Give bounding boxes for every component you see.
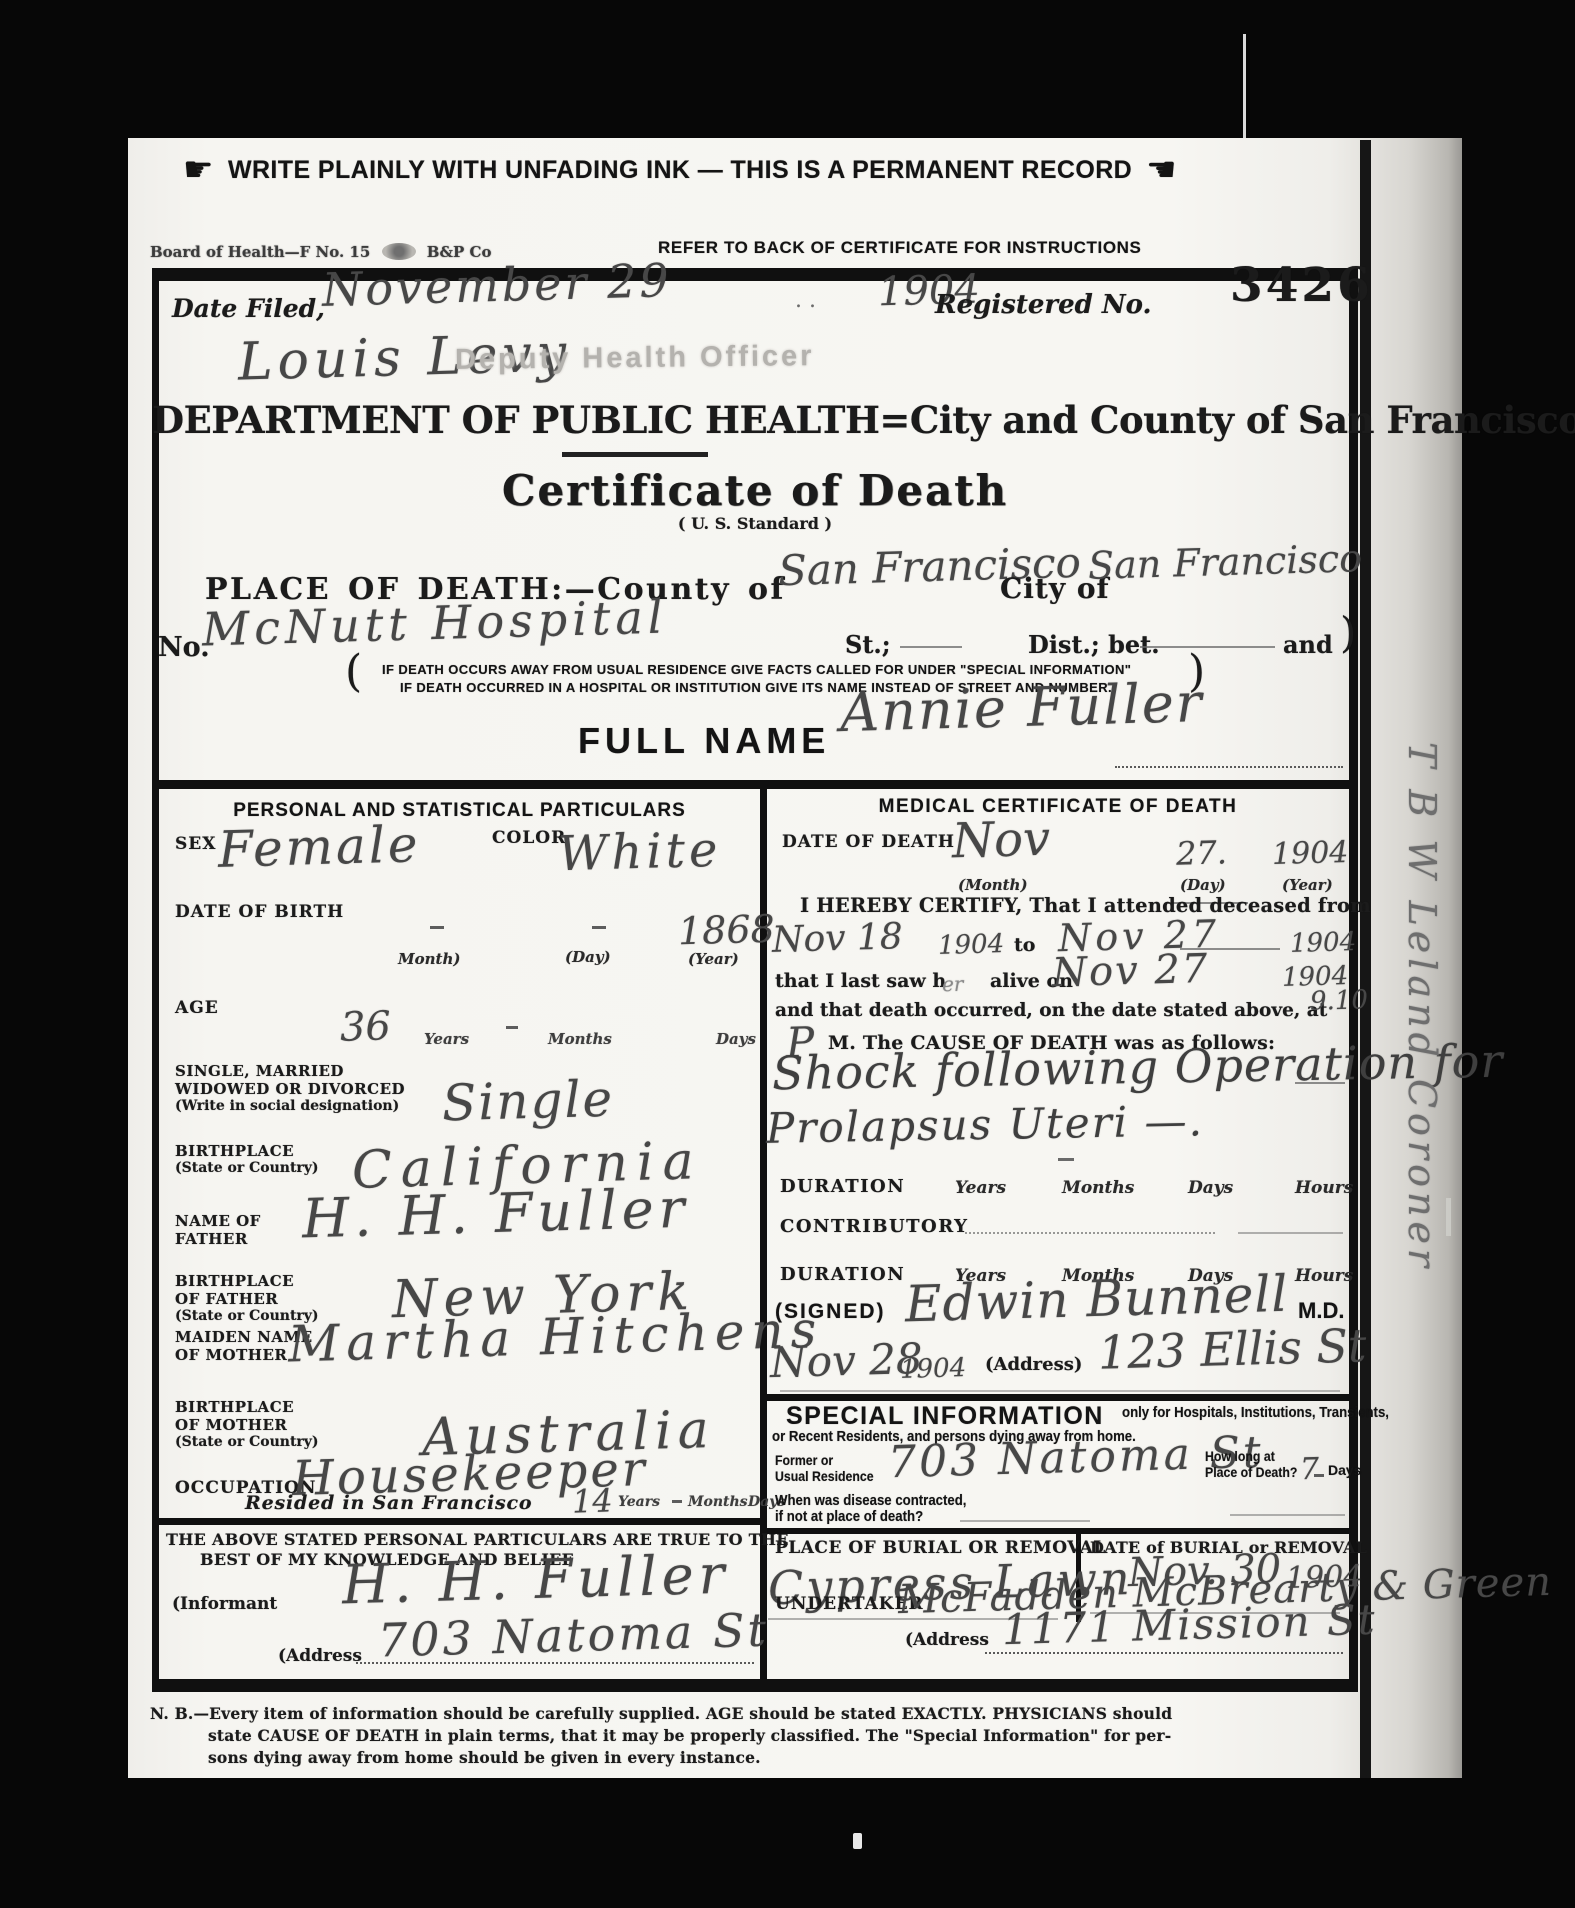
blank-dash <box>1314 1474 1324 1477</box>
sex-label: SEX <box>175 834 216 854</box>
st-label: St.; <box>845 630 891 659</box>
mother-label-l2: OF MOTHER <box>175 1346 287 1364</box>
attended-to-year: 1904 <box>1290 927 1357 959</box>
note-paren-open: ( <box>345 646 362 697</box>
last-saw-er: er <box>942 972 964 997</box>
blank-line <box>780 1390 1340 1392</box>
age-label: AGE <box>175 998 219 1018</box>
informant-address-value: 703 Natoma St <box>377 1603 769 1668</box>
certify-line: I HEREBY CERTIFY, That I attended deceas… <box>800 894 1371 917</box>
color-label: COLOR <box>492 828 566 848</box>
dob-year-label: (Year) <box>688 950 739 968</box>
duration2-label: DURATION <box>780 1264 905 1285</box>
scan-speck <box>853 1833 862 1849</box>
howlong-value: 7 <box>1300 1452 1320 1488</box>
special-info-title: SPECIAL INFORMATION <box>786 1402 1104 1431</box>
blank-dash <box>1058 1158 1074 1161</box>
signed-label: (SIGNED) <box>775 1300 886 1324</box>
city-value: San Francisco <box>1087 536 1362 588</box>
blank-dash <box>592 926 606 929</box>
pointing-hand-left-icon: ☚ <box>1146 150 1177 190</box>
blank-line <box>1230 1514 1345 1516</box>
informant-label: (Informant <box>172 1594 277 1614</box>
blank-line <box>985 1652 1343 1654</box>
mother-bp-label-l2: OF MOTHER <box>175 1416 287 1434</box>
blank-line <box>965 1232 1215 1234</box>
full-name-value: Annie Fuller <box>839 671 1204 744</box>
registered-no-label: Registered No. <box>935 290 1152 320</box>
margin-note-wrap: T B W Leland Coroner <box>1370 738 1462 1178</box>
former-residence-label-l1: Former or <box>775 1452 833 1468</box>
scanned-document: ☛ WRITE PLAINLY WITH UNFADING INK — THIS… <box>0 0 1575 1908</box>
dob-label: DATE OF BIRTH <box>175 902 344 922</box>
howlong-label-l2: Place of Death? <box>1205 1464 1297 1480</box>
duration-years: Years <box>955 1178 1006 1198</box>
color-value: White <box>557 822 722 883</box>
dod-year-value: 1904 <box>1272 835 1349 872</box>
resided-years-label: Years <box>618 1494 660 1510</box>
registered-number: 3426 <box>1230 258 1373 313</box>
dod-year-label: (Year) <box>1282 876 1333 894</box>
closing-paren: ) <box>1340 608 1356 657</box>
special-info-subtitle1: only for Hospitals, Institutions, Transi… <box>1122 1404 1389 1421</box>
standard-note: ( U. S. Standard ) <box>152 514 1358 533</box>
blank-dash <box>506 1026 518 1029</box>
and-label: and <box>1283 630 1333 659</box>
to-label: to <box>1014 934 1035 956</box>
last-saw-pre: that I last saw h <box>775 970 946 992</box>
date-filed-value: November 29 <box>321 253 672 317</box>
duration-label: DURATION <box>780 1176 905 1197</box>
blank-line <box>1140 646 1275 648</box>
pointing-hand-right-icon: ☛ <box>183 150 214 190</box>
blank-dash <box>430 926 444 929</box>
clerk-title-stamp: Deputy Health Officer <box>455 340 815 377</box>
date-filed-label: Date Filed, <box>172 294 325 323</box>
age-years-label: Years <box>424 1030 469 1048</box>
refer-note: REFER TO BACK OF CERTIFICATE FOR INSTRUC… <box>658 238 1141 258</box>
dist-label: Dist.; bet. <box>1028 630 1160 659</box>
section-divider <box>159 780 1349 789</box>
full-name-label: FULL NAME <box>578 720 830 762</box>
age-days-label: Days <box>716 1030 756 1048</box>
undertaker-address-value: 1171 Mission St <box>1001 1595 1377 1654</box>
date-of-death-label: DATE OF DEATH <box>782 832 955 852</box>
attended-from-date: Nov 18 <box>771 916 903 961</box>
death-occurred-line: and that death occurred, on the date sta… <box>775 1000 1327 1021</box>
dod-day-label: (Day) <box>1180 876 1226 894</box>
blank-line <box>1115 766 1343 768</box>
signed-address-label: (Address) <box>985 1354 1082 1375</box>
howlong-days-label: Days <box>1328 1462 1361 1478</box>
attest-divider <box>159 1518 760 1525</box>
resided-value: 14 <box>571 1481 613 1520</box>
department-title: DEPARTMENT OF PUBLIC HEALTH=City and Cou… <box>152 398 1358 442</box>
nb-note-line3: sons dying away from home should be give… <box>208 1748 761 1767</box>
dod-day-value: 27. <box>1175 833 1227 872</box>
father-bp-label-l2: OF FATHER <box>175 1290 278 1308</box>
marital-value: Single <box>441 1070 615 1133</box>
dod-month-value: Nov <box>951 811 1051 870</box>
father-label-l2: FATHER <box>175 1230 248 1248</box>
blank-dash <box>672 1500 682 1503</box>
nb-note-line2: state CAUSE OF DEATH in plain terms, tha… <box>208 1726 1171 1745</box>
certificate-title: Certificate of Death <box>152 466 1358 515</box>
personal-section-title: PERSONAL AND STATISTICAL PARTICULARS <box>159 800 760 822</box>
age-months-label: Months <box>548 1030 612 1048</box>
birthplace-label-l1: BIRTHPLACE <box>175 1142 294 1160</box>
father-bp-label-l1: BIRTHPLACE <box>175 1272 294 1290</box>
dob-day-label: (Day) <box>565 948 611 966</box>
father-label-l1: NAME OF <box>175 1212 261 1230</box>
board-note-text: Board of Health—F No. 15 <box>150 243 370 261</box>
dob-year-value: 1868 <box>677 907 775 954</box>
blank-line <box>960 1520 1090 1522</box>
board-of-health-note: Board of Health—F No. 15 B&P Co <box>150 243 491 261</box>
marital-label-l2: WIDOWED OR DIVORCED <box>175 1080 405 1098</box>
dod-month-label: (Month) <box>958 876 1028 894</box>
residence-note-line1: IF DEATH OCCURS AWAY FROM USUAL RESIDENC… <box>382 662 1131 677</box>
marital-label-l1: SINGLE, MARRIED <box>175 1062 344 1080</box>
signed-address-value: 123 Ellis St <box>1097 1318 1367 1379</box>
duration-hours: Hours <box>1295 1178 1353 1198</box>
nb-note-line1: N. B.—Every item of information should b… <box>150 1704 1172 1723</box>
former-residence-label-l2: Usual Residence <box>775 1468 874 1484</box>
blank-line <box>900 646 962 648</box>
duration2-hours: Hours <box>1295 1266 1353 1286</box>
informant-address-label: (Address <box>278 1646 362 1666</box>
dob-month-label: Month) <box>398 950 460 968</box>
father-value: H. H. Fuller <box>301 1177 690 1251</box>
scan-speck <box>1446 1198 1451 1236</box>
duration-months: Months <box>1062 1178 1134 1198</box>
banner: ☛ WRITE PLAINLY WITH UNFADING INK — THIS… <box>183 150 1177 190</box>
resided-label: Resided in San Francisco <box>245 1492 532 1514</box>
scan-scratch <box>1243 34 1246 138</box>
age-value: 36 <box>339 1003 391 1050</box>
medical-section-title: MEDICAL CERTIFICATE OF DEATH <box>767 796 1349 818</box>
coroner-margin-note: T B W Leland Coroner <box>1400 742 1444 1272</box>
contributory-label: CONTRIBUTORY <box>780 1216 968 1237</box>
burial-divider <box>767 1528 1349 1534</box>
banner-text: WRITE PLAINLY WITH UNFADING INK — THIS I… <box>228 156 1132 185</box>
signed-year: 1904 <box>900 1353 967 1385</box>
contracted-label-l2: if not at place of death? <box>775 1508 923 1525</box>
date-filed-dots: . . <box>795 288 816 313</box>
contracted-label-l1: When was disease contracted, <box>775 1492 966 1509</box>
blank-line <box>1295 1082 1345 1084</box>
stamp-mark <box>382 243 416 260</box>
attended-from-year: 1904 <box>938 929 1005 961</box>
title-underline <box>562 452 708 457</box>
time-of-death-value: 9.10 <box>1310 985 1369 1017</box>
blank-line <box>356 1662 754 1664</box>
blank-line <box>1238 1232 1343 1234</box>
undertaker-address-label: (Address <box>905 1630 989 1650</box>
cause-line2: Prolapsus Uteri —. <box>766 1096 1205 1153</box>
duration-days: Days <box>1188 1178 1233 1198</box>
birthplace-label-l2: (State or Country) <box>175 1160 319 1176</box>
sex-value: Female <box>217 815 421 879</box>
mother-bp-label-l3: (State or Country) <box>175 1434 319 1450</box>
howlong-label-l1: How long at <box>1205 1448 1275 1464</box>
special-divider <box>767 1394 1349 1401</box>
marital-label-l3: (Write in social designation) <box>175 1098 399 1114</box>
resided-months-label: Months <box>688 1494 748 1510</box>
last-saw-date: Nov 27 <box>1051 946 1210 996</box>
mother-bp-label-l1: BIRTHPLACE <box>175 1398 294 1416</box>
